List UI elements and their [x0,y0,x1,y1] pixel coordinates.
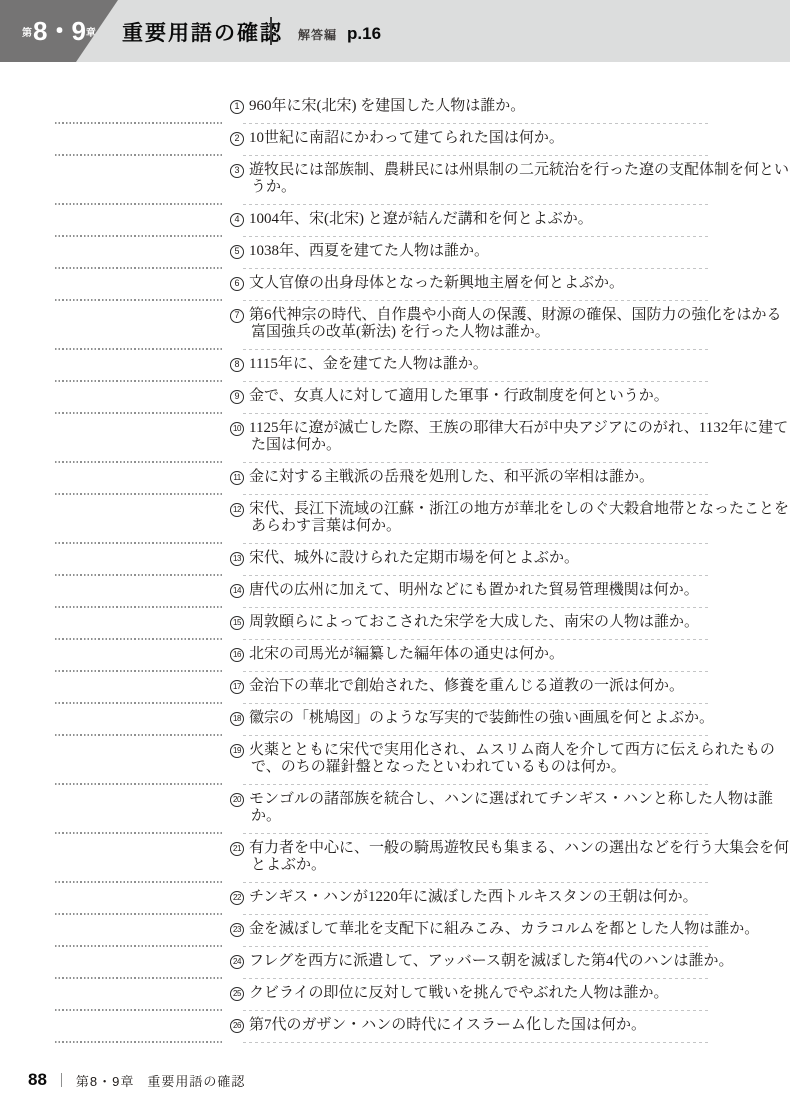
question-number: 14 [230,584,244,598]
question-underline [243,123,708,124]
question-text: 1115年に、金を建てた人物は誰か。 [249,356,488,372]
question-number: 11 [230,471,244,485]
question-number: 9 [230,390,244,404]
row-lines [0,147,790,156]
question-underline [243,268,708,269]
header-band: 第 8・9 章 重要用語の確認 解答編 p.16 [0,0,790,62]
question-body: 19火薬とともに宋代で実用化され、ムスリム商人を介して西方に伝えられたもので、の… [230,742,790,776]
question-row: 9金で、女真人に対して適用した軍事・行政制度を何というか。 [0,388,790,414]
question-body: 11金に対する主戦派の岳飛を処刑した、和平派の宰相は誰か。 [230,469,790,486]
answer-blank-line [55,461,222,463]
question-row: 24フレグを西方に派遣して、アッバース朝を滅ぼした第4代のハンは誰か。 [0,953,790,979]
answer-reference: 解答編 p.16 [298,24,381,44]
answer-blank-line [55,1041,222,1043]
question-body: 15周敦頤らによっておこされた宋学を大成した、南宋の人物は誰か。 [230,614,790,631]
question-underline [243,639,708,640]
question-number: 10 [230,422,244,436]
question-text: チンギス・ハンが1220年に滅ぼした西トルキスタンの王朝は何か。 [249,889,698,905]
question-body: 51038年、西夏を建てた人物は誰か。 [230,243,790,260]
answer-blank-line [55,977,222,979]
question-underline [243,236,708,237]
answer-blank-line [55,638,222,640]
question-number: 19 [230,744,244,758]
answer-blank-line [55,235,222,237]
question-number: 16 [230,648,244,662]
question-text: 有力者を中心に、一般の騎馬遊牧民も集まる、ハンの選出などを行う大集会を何とよぶか… [249,840,789,873]
question-number: 3 [230,164,244,178]
question-text: 宋代、城外に設けられた定期市場を何とよぶか。 [249,550,579,566]
question-number: 23 [230,923,244,937]
answer-blank-line [55,493,222,495]
question-number: 21 [230,842,244,856]
question-row: 51038年、西夏を建てた人物は誰か。 [0,243,790,269]
question-body: 6文人官僚の出身母体となった新興地主層を何とよぶか。 [230,275,790,292]
row-lines [0,405,790,414]
header-divider [270,17,272,45]
question-text: 第6代神宗の時代、自作農や小商人の保護、財源の確保、国防力の強化をはかる富国強兵… [249,307,782,340]
answer-blank-line [55,606,222,608]
question-row: 13宋代、城外に設けられた定期市場を何とよぶか。 [0,550,790,576]
question-row: 20モンゴルの諸部族を統合し、ハンに選ばれてチンギス・ハンと称した人物は誰か。 [0,791,790,834]
question-number: 12 [230,503,244,517]
workbook-page: 第 8・9 章 重要用語の確認 解答編 p.16 1960年に宋(北宋) を建国… [0,0,790,1115]
question-body: 13宋代、城外に設けられた定期市場を何とよぶか。 [230,550,790,567]
question-number: 6 [230,277,244,291]
question-body: 81115年に、金を建てた人物は誰か。 [230,356,790,373]
question-body: 25クビライの即位に反対して戦いを挑んでやぶれた人物は誰か。 [230,985,790,1002]
question-row: 7第6代神宗の時代、自作農や小商人の保護、財源の確保、国防力の強化をはかる富国強… [0,307,790,350]
question-row: 26第7代のガザン・ハンの時代にイスラーム化した国は何か。 [0,1017,790,1043]
question-text: 1004年、宋(北宋) と遼が結んだ講和を何とよぶか。 [249,211,593,227]
question-text: 第7代のガザン・ハンの時代にイスラーム化した国は何か。 [249,1017,646,1033]
answer-blank-line [55,299,222,301]
question-body: 7第6代神宗の時代、自作農や小商人の保護、財源の確保、国防力の強化をはかる富国強… [230,307,790,341]
answer-blank-line [55,542,222,544]
question-underline [243,543,708,544]
question-text: 金で、女真人に対して適用した軍事・行政制度を何というか。 [249,388,669,404]
question-row: 1960年に宋(北宋) を建国した人物は誰か。 [0,98,790,124]
answer-blank-line [55,702,222,704]
question-number: 24 [230,955,244,969]
question-underline [243,575,708,576]
question-text: 金に対する主戦派の岳飛を処刑した、和平派の宰相は誰か。 [249,469,654,485]
row-lines [0,727,790,736]
row-lines [0,486,790,495]
question-number: 13 [230,552,244,566]
question-underline [243,381,708,382]
question-number: 4 [230,213,244,227]
row-lines [0,631,790,640]
row-lines [0,1002,790,1011]
question-body: 24フレグを西方に派遣して、アッバース朝を滅ぼした第4代のハンは誰か。 [230,953,790,970]
answer-blank-line [55,945,222,947]
question-row: 19火薬とともに宋代で実用化され、ムスリム商人を介して西方に伝えられたもので、の… [0,742,790,785]
question-text: クビライの即位に反対して戦いを挑んでやぶれた人物は誰か。 [249,985,669,1001]
question-number: 7 [230,309,244,323]
question-number: 2 [230,132,244,146]
question-row: 6文人官僚の出身母体となった新興地主層を何とよぶか。 [0,275,790,301]
answer-page-number: p.16 [347,24,381,44]
chapter-prefix: 第 [22,24,32,39]
question-body: 210世紀に南詔にかわって建てられた国は何か。 [230,130,790,147]
question-underline [243,833,708,834]
question-body: 1960年に宋(北宋) を建国した人物は誰か。 [230,98,790,115]
question-row: 101125年に遼が滅亡した際、王族の耶律大石が中央アジアにのがれ、1132年に… [0,420,790,463]
question-underline [243,978,708,979]
question-row: 23金を滅ぼして華北を支配下に組みこみ、カラコルムを都とした人物は誰か。 [0,921,790,947]
question-underline [243,735,708,736]
question-underline [243,494,708,495]
footer-chapter: 第8・9章 [76,1071,134,1090]
question-number: 1 [230,100,244,114]
row-lines [0,938,790,947]
footer-title: 重要用語の確認 [147,1071,245,1090]
question-row: 15周敦頤らによっておこされた宋学を大成した、南宋の人物は誰か。 [0,614,790,640]
question-row: 12宋代、長江下流域の江蘇・浙江の地方が華北をしのぐ大穀倉地帯となったことをあら… [0,501,790,544]
answer-blank-line [55,783,222,785]
question-body: 22チンギス・ハンが1220年に滅ぼした西トルキスタンの王朝は何か。 [230,889,790,906]
question-text: 960年に宋(北宋) を建国した人物は誰か。 [249,98,525,114]
question-underline [243,462,708,463]
answer-book-label: 解答編 [298,26,337,43]
question-body: 14唐代の広州に加えて、明州などにも置かれた貿易管理機関は何か。 [230,582,790,599]
row-lines [0,776,790,785]
question-row: 81115年に、金を建てた人物は誰か。 [0,356,790,382]
question-underline [243,413,708,414]
question-row: 3遊牧民には部族制、農耕民には州県制の二元統治を行った遼の支配体制を何というか。 [0,162,790,205]
answer-blank-line [55,881,222,883]
question-text: 1038年、西夏を建てた人物は誰か。 [249,243,489,259]
answer-blank-line [55,832,222,834]
footer-page-number: 88 [28,1070,47,1090]
question-underline [243,155,708,156]
row-lines [0,567,790,576]
footer-divider [61,1073,62,1087]
question-underline [243,349,708,350]
row-lines [0,599,790,608]
question-number: 8 [230,358,244,372]
question-underline [243,671,708,672]
row-lines [0,906,790,915]
question-text: 周敦頤らによっておこされた宋学を大成した、南宋の人物は誰か。 [249,614,699,630]
question-underline [243,607,708,608]
question-text: 金治下の華北で創始された、修養を重んじる道教の一派は何か。 [249,678,684,694]
question-body: 23金を滅ぼして華北を支配下に組みこみ、カラコルムを都とした人物は誰か。 [230,921,790,938]
question-text: 文人官僚の出身母体となった新興地主層を何とよぶか。 [249,275,624,291]
row-lines [0,695,790,704]
question-text: 火薬とともに宋代で実用化され、ムスリム商人を介して西方に伝えられたもので、のちの… [249,742,775,775]
question-row: 14唐代の広州に加えて、明州などにも置かれた貿易管理機関は何か。 [0,582,790,608]
question-row: 210世紀に南詔にかわって建てられた国は何か。 [0,130,790,156]
question-underline [243,914,708,915]
question-text: フレグを西方に派遣して、アッバース朝を滅ぼした第4代のハンは誰か。 [249,953,734,969]
question-text: 北宋の司馬光が編纂した編年体の通史は何か。 [249,646,564,662]
answer-blank-line [55,913,222,915]
question-number: 5 [230,245,244,259]
page-title: 重要用語の確認 [122,17,283,47]
question-body: 18徽宗の「桃鳩図」のような写実的で装飾性の強い画風を何とよぶか。 [230,710,790,727]
question-text: 遊牧民には部族制、農耕民には州県制の二元統治を行った遼の支配体制を何というか。 [249,162,789,195]
question-row: 21有力者を中心に、一般の騎馬遊牧民も集まる、ハンの選出などを行う大集会を何とよ… [0,840,790,883]
answer-blank-line [55,154,222,156]
question-text: 10世紀に南詔にかわって建てられた国は何か。 [249,130,564,146]
question-body: 3遊牧民には部族制、農耕民には州県制の二元統治を行った遼の支配体制を何というか。 [230,162,790,196]
question-body: 20モンゴルの諸部族を統合し、ハンに選ばれてチンギス・ハンと称した人物は誰か。 [230,791,790,825]
answer-blank-line [55,574,222,576]
answer-blank-line [55,412,222,414]
question-text: 徽宗の「桃鳩図」のような写実的で装飾性の強い画風を何とよぶか。 [249,710,714,726]
answer-blank-line [55,380,222,382]
row-lines [0,292,790,301]
question-row: 18徽宗の「桃鳩図」のような写実的で装飾性の強い画風を何とよぶか。 [0,710,790,736]
row-lines [0,825,790,834]
page-footer: 88 第8・9章 重要用語の確認 [28,1070,245,1090]
question-body: 26第7代のガザン・ハンの時代にイスラーム化した国は何か。 [230,1017,790,1034]
question-body: 17金治下の華北で創始された、修養を重んじる道教の一派は何か。 [230,678,790,695]
question-underline [243,1042,708,1043]
question-row: 25クビライの即位に反対して戦いを挑んでやぶれた人物は誰か。 [0,985,790,1011]
question-row: 11金に対する主戦派の岳飛を処刑した、和平派の宰相は誰か。 [0,469,790,495]
row-lines [0,454,790,463]
question-row: 41004年、宋(北宋) と遼が結んだ講和を何とよぶか。 [0,211,790,237]
question-text: 金を滅ぼして華北を支配下に組みこみ、カラコルムを都とした人物は誰か。 [249,921,759,937]
chapter-suffix: 章 [86,24,96,39]
chapter-tab: 第 8・9 章 [0,0,120,62]
question-underline [243,946,708,947]
question-number: 26 [230,1019,244,1033]
question-body: 41004年、宋(北宋) と遼が結んだ講和を何とよぶか。 [230,211,790,228]
row-lines [0,341,790,350]
question-body: 21有力者を中心に、一般の騎馬遊牧民も集まる、ハンの選出などを行う大集会を何とよ… [230,840,790,874]
question-underline [243,703,708,704]
row-lines [0,373,790,382]
question-underline [243,204,708,205]
question-text: 1125年に遼が滅亡した際、王族の耶律大石が中央アジアにのがれ、1132年に建て… [249,420,788,453]
answer-blank-line [55,1009,222,1011]
question-text: 唐代の広州に加えて、明州などにも置かれた貿易管理機関は何か。 [249,582,699,598]
question-text: モンゴルの諸部族を統合し、ハンに選ばれてチンギス・ハンと称した人物は誰か。 [249,791,773,824]
answer-blank-line [55,267,222,269]
question-list: 1960年に宋(北宋) を建国した人物は誰か。 210世紀に南詔にかわって建てら… [0,98,790,1049]
row-lines [0,535,790,544]
question-row: 22チンギス・ハンが1220年に滅ぼした西トルキスタンの王朝は何か。 [0,889,790,915]
row-lines [0,970,790,979]
question-underline [243,300,708,301]
question-underline [243,882,708,883]
question-number: 25 [230,987,244,1001]
answer-blank-line [55,670,222,672]
row-lines [0,228,790,237]
question-number: 17 [230,680,244,694]
question-underline [243,1010,708,1011]
row-lines [0,260,790,269]
answer-blank-line [55,348,222,350]
row-lines [0,115,790,124]
question-number: 18 [230,712,244,726]
answer-blank-line [55,122,222,124]
question-row: 16北宋の司馬光が編纂した編年体の通史は何か。 [0,646,790,672]
row-lines [0,1034,790,1043]
question-body: 9金で、女真人に対して適用した軍事・行政制度を何というか。 [230,388,790,405]
chapter-number: 8・9 [33,18,85,44]
answer-blank-line [55,734,222,736]
question-body: 16北宋の司馬光が編纂した編年体の通史は何か。 [230,646,790,663]
question-number: 22 [230,891,244,905]
question-number: 20 [230,793,244,807]
question-body: 101125年に遼が滅亡した際、王族の耶律大石が中央アジアにのがれ、1132年に… [230,420,790,454]
question-underline [243,784,708,785]
row-lines [0,663,790,672]
row-lines [0,874,790,883]
question-text: 宋代、長江下流域の江蘇・浙江の地方が華北をしのぐ大穀倉地帯となったことをあらわす… [249,501,789,534]
question-body: 12宋代、長江下流域の江蘇・浙江の地方が華北をしのぐ大穀倉地帯となったことをあら… [230,501,790,535]
answer-blank-line [55,203,222,205]
question-row: 17金治下の華北で創始された、修養を重んじる道教の一派は何か。 [0,678,790,704]
row-lines [0,196,790,205]
question-number: 15 [230,616,244,630]
